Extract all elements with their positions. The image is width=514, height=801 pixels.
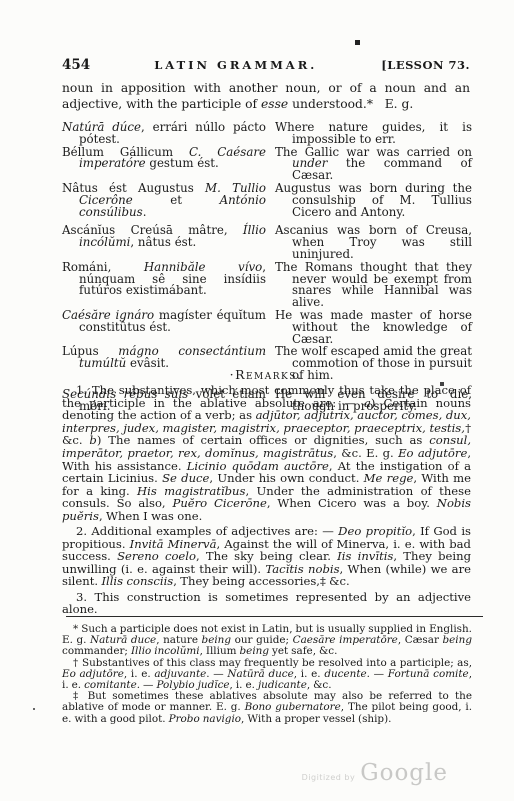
footnote-rule	[66, 616, 483, 617]
scanned-page: 454 LATIN GRAMMAR. [LESSON 73. noun in a…	[0, 0, 514, 801]
page-header: 454 LATIN GRAMMAR. [LESSON 73.	[62, 57, 470, 73]
remarks-heading: ·Remarks.	[62, 367, 470, 382]
footnote-paragraph: * Such a participle does not exist in La…	[62, 624, 472, 658]
remark-paragraph: 1. The substantives, which most commonly…	[62, 384, 471, 523]
example-row: Natúrā dúce, errári núllo pácto pótest. …	[62, 122, 472, 146]
google-logo: Google	[360, 760, 448, 786]
english-text: The Gallic war was carried on under the …	[275, 147, 472, 182]
remarks-section: 1. The substantives, which most commonly…	[62, 384, 471, 618]
header-title: LATIN GRAMMAR.	[90, 58, 381, 72]
latin-text: Románi, Hannibăle vívo, núnquam sê sine …	[62, 262, 266, 309]
english-text: The Romans thought that they never would…	[275, 262, 472, 309]
english-text: Ascanius was born of Creusa, when Troy w…	[275, 225, 472, 260]
latin-text: Caésăre ignáro magíster équĭtum constitû…	[62, 310, 266, 345]
example-row: Caésăre ignáro magíster équĭtum constitû…	[62, 310, 472, 345]
example-row: Nâtus ést Augustus M. Tullio Cicerône et…	[62, 183, 472, 218]
page-number: 454	[62, 57, 90, 73]
digitized-by-label: Digitized by	[302, 773, 356, 782]
english-text: He was made master of horse without the …	[275, 310, 472, 345]
latin-text: Béllum Gállicum C. Caésare imperatóre ge…	[62, 147, 266, 182]
footnote-paragraph: † Substantives of this class may frequen…	[62, 658, 472, 692]
example-row: Béllum Gállicum C. Caésare imperatóre ge…	[62, 147, 472, 182]
example-row: Románi, Hannibăle vívo, núnquam sê sine …	[62, 262, 472, 309]
scan-artifact-dot	[33, 708, 35, 710]
english-text: Augustus was born during the consulship …	[275, 183, 472, 218]
latin-text: Nâtus ést Augustus M. Tullio Cicerône et…	[62, 183, 266, 218]
latin-text: Natúrā dúce, errári núllo pácto pótest.	[62, 122, 266, 146]
header-lesson: [LESSON 73.	[381, 58, 470, 72]
footnote-paragraph: ‡ But sometimes these ablatives absolute…	[62, 691, 472, 725]
footnotes-section: * Such a participle does not exist in La…	[62, 624, 472, 725]
latin-text: Ascánĭus Creúsā mâtre, Íllio incólŭmi, n…	[62, 225, 266, 260]
remark-paragraph: 3. This construction is sometimes repres…	[62, 591, 471, 616]
english-text: Where nature guides, it is impossible to…	[275, 122, 472, 146]
remark-paragraph: 2. Additional examples of adjectives are…	[62, 525, 471, 588]
google-watermark: Digitized by Google	[302, 760, 448, 786]
scan-artifact-dot	[355, 40, 360, 45]
intro-paragraph: noun in apposition with another noun, or…	[62, 81, 470, 112]
example-row: Ascánĭus Creúsā mâtre, Íllio incólŭmi, n…	[62, 225, 472, 260]
